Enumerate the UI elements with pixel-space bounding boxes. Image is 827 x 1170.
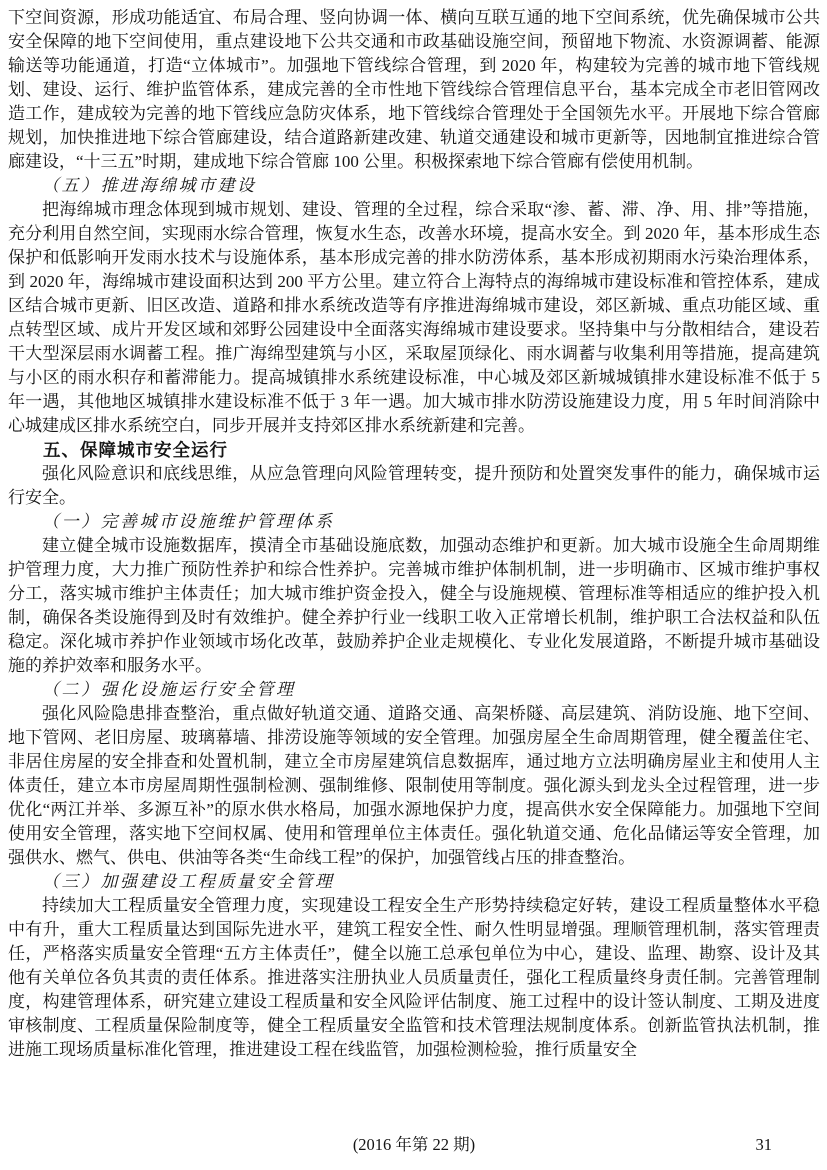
- document-body: 下空间资源，形成功能适宜、布局合理、竖向协调一体、横向互联互通的地下空间系统，优…: [8, 6, 820, 1062]
- paragraph-underground-space-continuation: 下空间资源，形成功能适宜、布局合理、竖向协调一体、横向互联互通的地下空间系统，优…: [8, 6, 820, 174]
- page-footer: (2016 年第 22 期) 31: [8, 1132, 820, 1158]
- subheading-sponge-city: （五）推进海绵城市建设: [8, 174, 820, 198]
- heading-city-safety-operation: 五、保障城市安全运行: [8, 438, 820, 462]
- subheading-construction-quality-safety: （三）加强建设工程质量安全管理: [8, 870, 820, 894]
- paragraph-facility-operation-safety: 强化风险隐患排查整治，重点做好轨道交通、道路交通、高架桥隧、高层建筑、消防设施、…: [8, 702, 820, 870]
- paragraph-construction-quality-safety: 持续加大工程质量安全管理力度，实现建设工程安全生产形势持续稳定好转，建设工程质量…: [8, 894, 820, 1062]
- paragraph-risk-awareness: 强化风险意识和底线思维，从应急管理向风险管理转变，提升预防和处置突发事件的能力，…: [8, 462, 820, 510]
- paragraph-facility-maintenance: 建立健全城市设施数据库，摸清全市基础设施底数，加强动态维护和更新。加大城市设施全…: [8, 534, 820, 678]
- page-number: 31: [756, 1132, 773, 1158]
- subheading-facility-maintenance: （一）完善城市设施维护管理体系: [8, 510, 820, 534]
- subheading-facility-operation-safety: （二）强化设施运行安全管理: [8, 678, 820, 702]
- paragraph-sponge-city: 把海绵城市理念体现到城市规划、建设、管理的全过程，综合采取“渗、蓄、滞、净、用、…: [8, 198, 820, 438]
- journal-issue-label: (2016 年第 22 期): [8, 1132, 820, 1158]
- document-page: 下空间资源，形成功能适宜、布局合理、竖向协调一体、横向互联互通的地下空间系统，优…: [0, 0, 827, 1170]
